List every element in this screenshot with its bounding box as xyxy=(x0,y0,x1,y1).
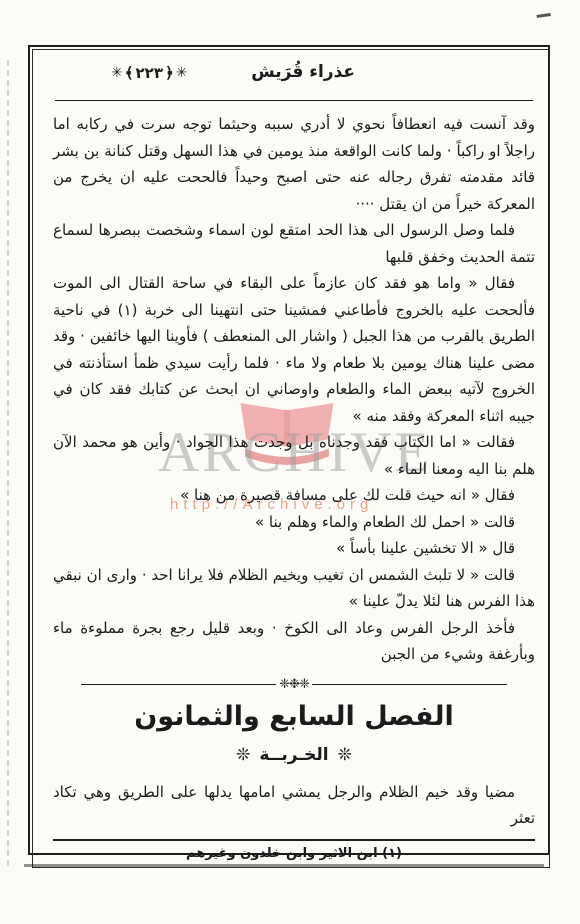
paragraph: فقال « واما هو فقد كان عازماً على البقاء… xyxy=(53,270,535,429)
paragraph: فقال « انه حيث قلت لك على مسافة قصيرة من… xyxy=(53,482,535,509)
ornate-paren-open: ﴿ xyxy=(165,64,174,82)
page-frame: عذراء قُرَيش ✳ ﴿ ٢٢٣ ﴾ ✳ وقد آنست فيه ان… xyxy=(28,45,550,855)
divider-ornament-icon: ❈❉❈ xyxy=(276,677,312,692)
paragraph: فأخذ الرجل الفرس وعاد الى الكوخ · وبعد ق… xyxy=(53,615,535,668)
footnote-text: (١) ابن الاثير وابن خلدون وغيرهم xyxy=(53,846,535,861)
ornament-star-icon: ❊ xyxy=(236,745,250,765)
chapter-opening-paragraph: مضيا وقد خيم الظلام والرجل يمشي امامها ي… xyxy=(53,779,535,831)
chapter-title: الفصل السابع والثمانون xyxy=(53,700,535,734)
ornament-star-icon: ✳ xyxy=(111,65,123,81)
page-content: عذراء قُرَيش ✳ ﴿ ٢٢٣ ﴾ ✳ وقد آنست فيه ان… xyxy=(32,49,550,868)
paragraph: وقد آنست فيه انعطافاً نحوي لا أدري سببه … xyxy=(53,111,535,217)
section-divider: ❈❉❈ xyxy=(81,677,507,692)
page-number: ٢٢٣ xyxy=(136,64,163,82)
paragraph: قالت « لا تلبث الشمس ان تغيب ويخيم الظلا… xyxy=(53,562,535,615)
divider-line xyxy=(81,684,276,685)
chapter-subtitle: ❊ الخـربــة ❊ xyxy=(53,745,535,765)
scan-edge-artifact-left xyxy=(7,60,9,866)
chapter-subtitle-label: الخـربــة xyxy=(259,745,328,765)
ornament-star-icon: ❊ xyxy=(338,745,352,765)
book-title: عذراء قُرَيش xyxy=(251,62,355,82)
paragraph: فلما وصل الرسول الى هذا الحد امتقع لون ا… xyxy=(53,217,535,270)
ornament-star-icon: ✳ xyxy=(176,65,188,81)
page-sheet: ARCHIVE http://Archive.org عذراء قُرَيش … xyxy=(0,0,580,924)
ornate-paren-close: ﴾ xyxy=(125,64,134,82)
page-header: عذراء قُرَيش ✳ ﴿ ٢٢٣ ﴾ ✳ xyxy=(53,58,535,100)
header-rule xyxy=(55,100,533,101)
page-number-badge: ✳ ﴿ ٢٢٣ ﴾ ✳ xyxy=(111,64,188,82)
footnote-rule xyxy=(53,839,535,841)
body-text: وقد آنست فيه انعطافاً نحوي لا أدري سببه … xyxy=(53,111,535,668)
paragraph: فقالت « اما الكتاب فقد وجدناه بل وجدت هذ… xyxy=(53,429,535,482)
scan-corner-speck xyxy=(535,3,551,18)
paragraph: قال « الا تخشين علينا بأساً » xyxy=(53,535,535,562)
divider-line xyxy=(312,684,507,685)
paragraph: قالت « احمل لك الطعام والماء وهلم بنا » xyxy=(53,509,535,536)
